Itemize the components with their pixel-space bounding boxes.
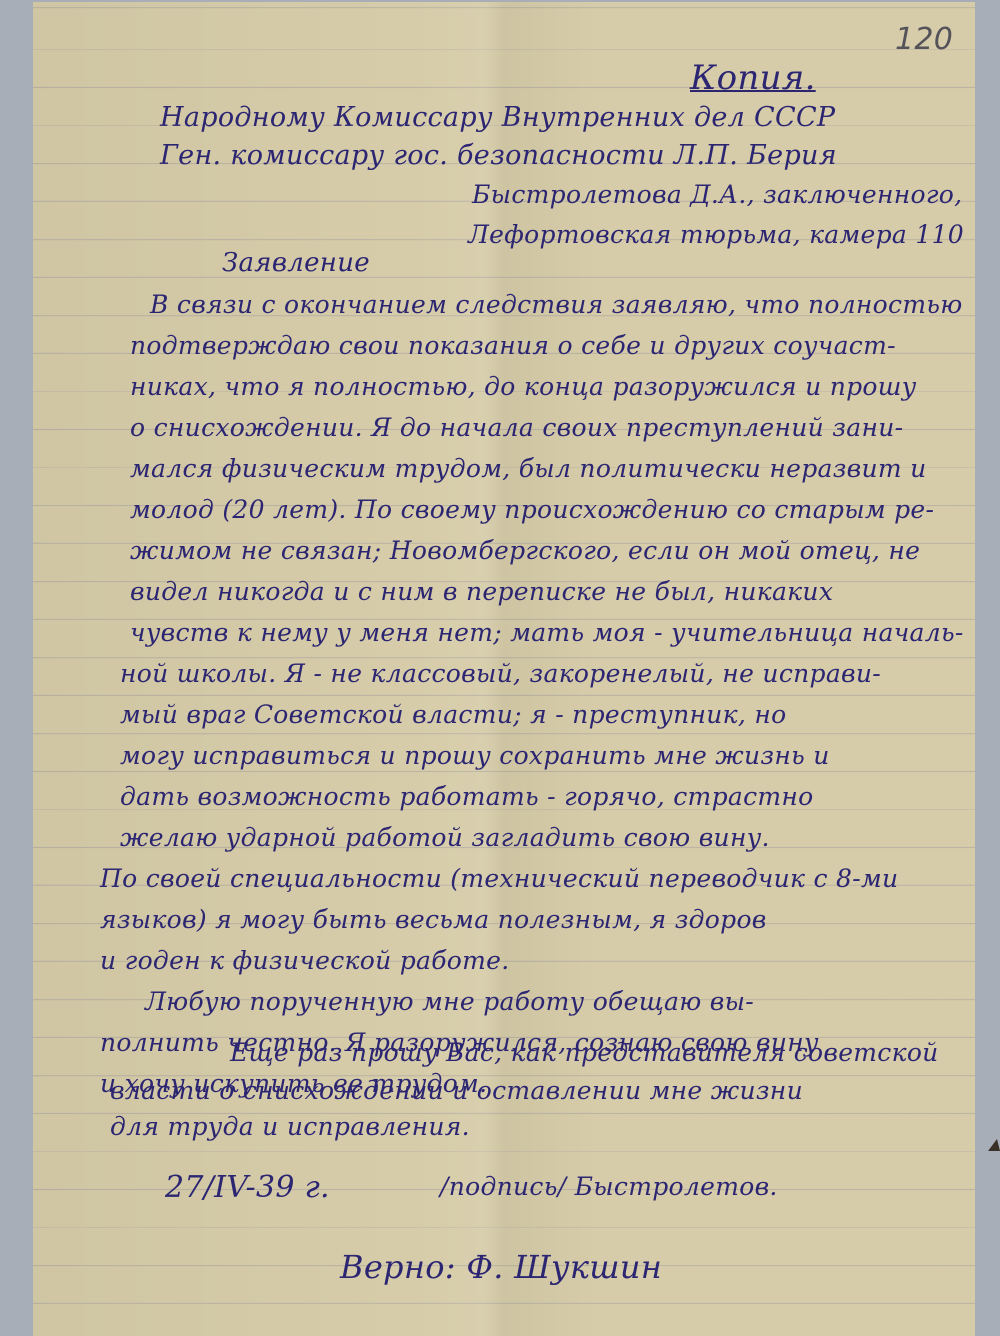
body-line: власти о снисхождении и оставлении мне ж… xyxy=(110,1076,803,1105)
body-line: желаю ударной работой загладить свою вин… xyxy=(120,823,770,852)
body-line: чувств к нему у меня нет; мать моя - учи… xyxy=(130,618,964,647)
body-line: жимом не связан; Новомбергского, если он… xyxy=(130,536,920,565)
body-line: для труда и исправления. xyxy=(110,1112,470,1141)
body-line: никах, что я полностью, до конца разоруж… xyxy=(130,372,917,401)
document-title: Заявление xyxy=(222,248,370,278)
body-line: и годен к физической работе. xyxy=(100,946,510,975)
body-line: В связи с окончанием следствия заявляю, … xyxy=(150,290,963,319)
copy-mark: Копия. xyxy=(690,58,816,98)
body-line: Любую порученную мне работу обещаю вы- xyxy=(145,987,754,1016)
body-line: мый враг Советской власти; я - преступни… xyxy=(120,700,787,729)
body-line: могу исправиться и прошу сохранить мне ж… xyxy=(120,741,830,770)
body-line: ной школы. Я - не классовый, закоренелый… xyxy=(120,659,881,688)
certification-signature: Верно: Ф. Шукшин xyxy=(340,1248,662,1286)
body-line: По своей специальности (технический пере… xyxy=(100,864,898,893)
body-line: подтверждаю свои показания о себе и друг… xyxy=(130,331,896,360)
sender-line-1: Быстролетова Д.А., заключенного, xyxy=(472,180,962,209)
body-line: Еще раз прошу Вас, как представителя сов… xyxy=(230,1038,939,1067)
paper-speck xyxy=(988,1139,1000,1151)
body-line: о снисхождении. Я до начала своих престу… xyxy=(130,413,903,442)
signature-note: /подпись/ Быстролетов. xyxy=(440,1172,778,1201)
body-line: видел никогда и с ним в переписке не был… xyxy=(130,577,833,606)
body-line: молод (20 лет). По своему происхождению … xyxy=(130,495,934,524)
body-line: языков) я могу быть весьма полезным, я з… xyxy=(100,905,767,934)
letter-date: 27/IV-39 г. xyxy=(165,1170,330,1205)
addressee-line-2: Ген. комиссару гос. безопасности Л.П. Бе… xyxy=(160,140,837,171)
archive-page-number: 120 xyxy=(895,22,953,57)
sender-line-2: Лефортовская тюрьма, камера 110 xyxy=(468,220,964,249)
body-line: дать возможность работать - горячо, стра… xyxy=(120,782,814,811)
body-line: мался физическим трудом, был политически… xyxy=(130,454,927,483)
addressee-line-1: Народному Комиссару Внутренних дел СССР xyxy=(160,102,835,133)
